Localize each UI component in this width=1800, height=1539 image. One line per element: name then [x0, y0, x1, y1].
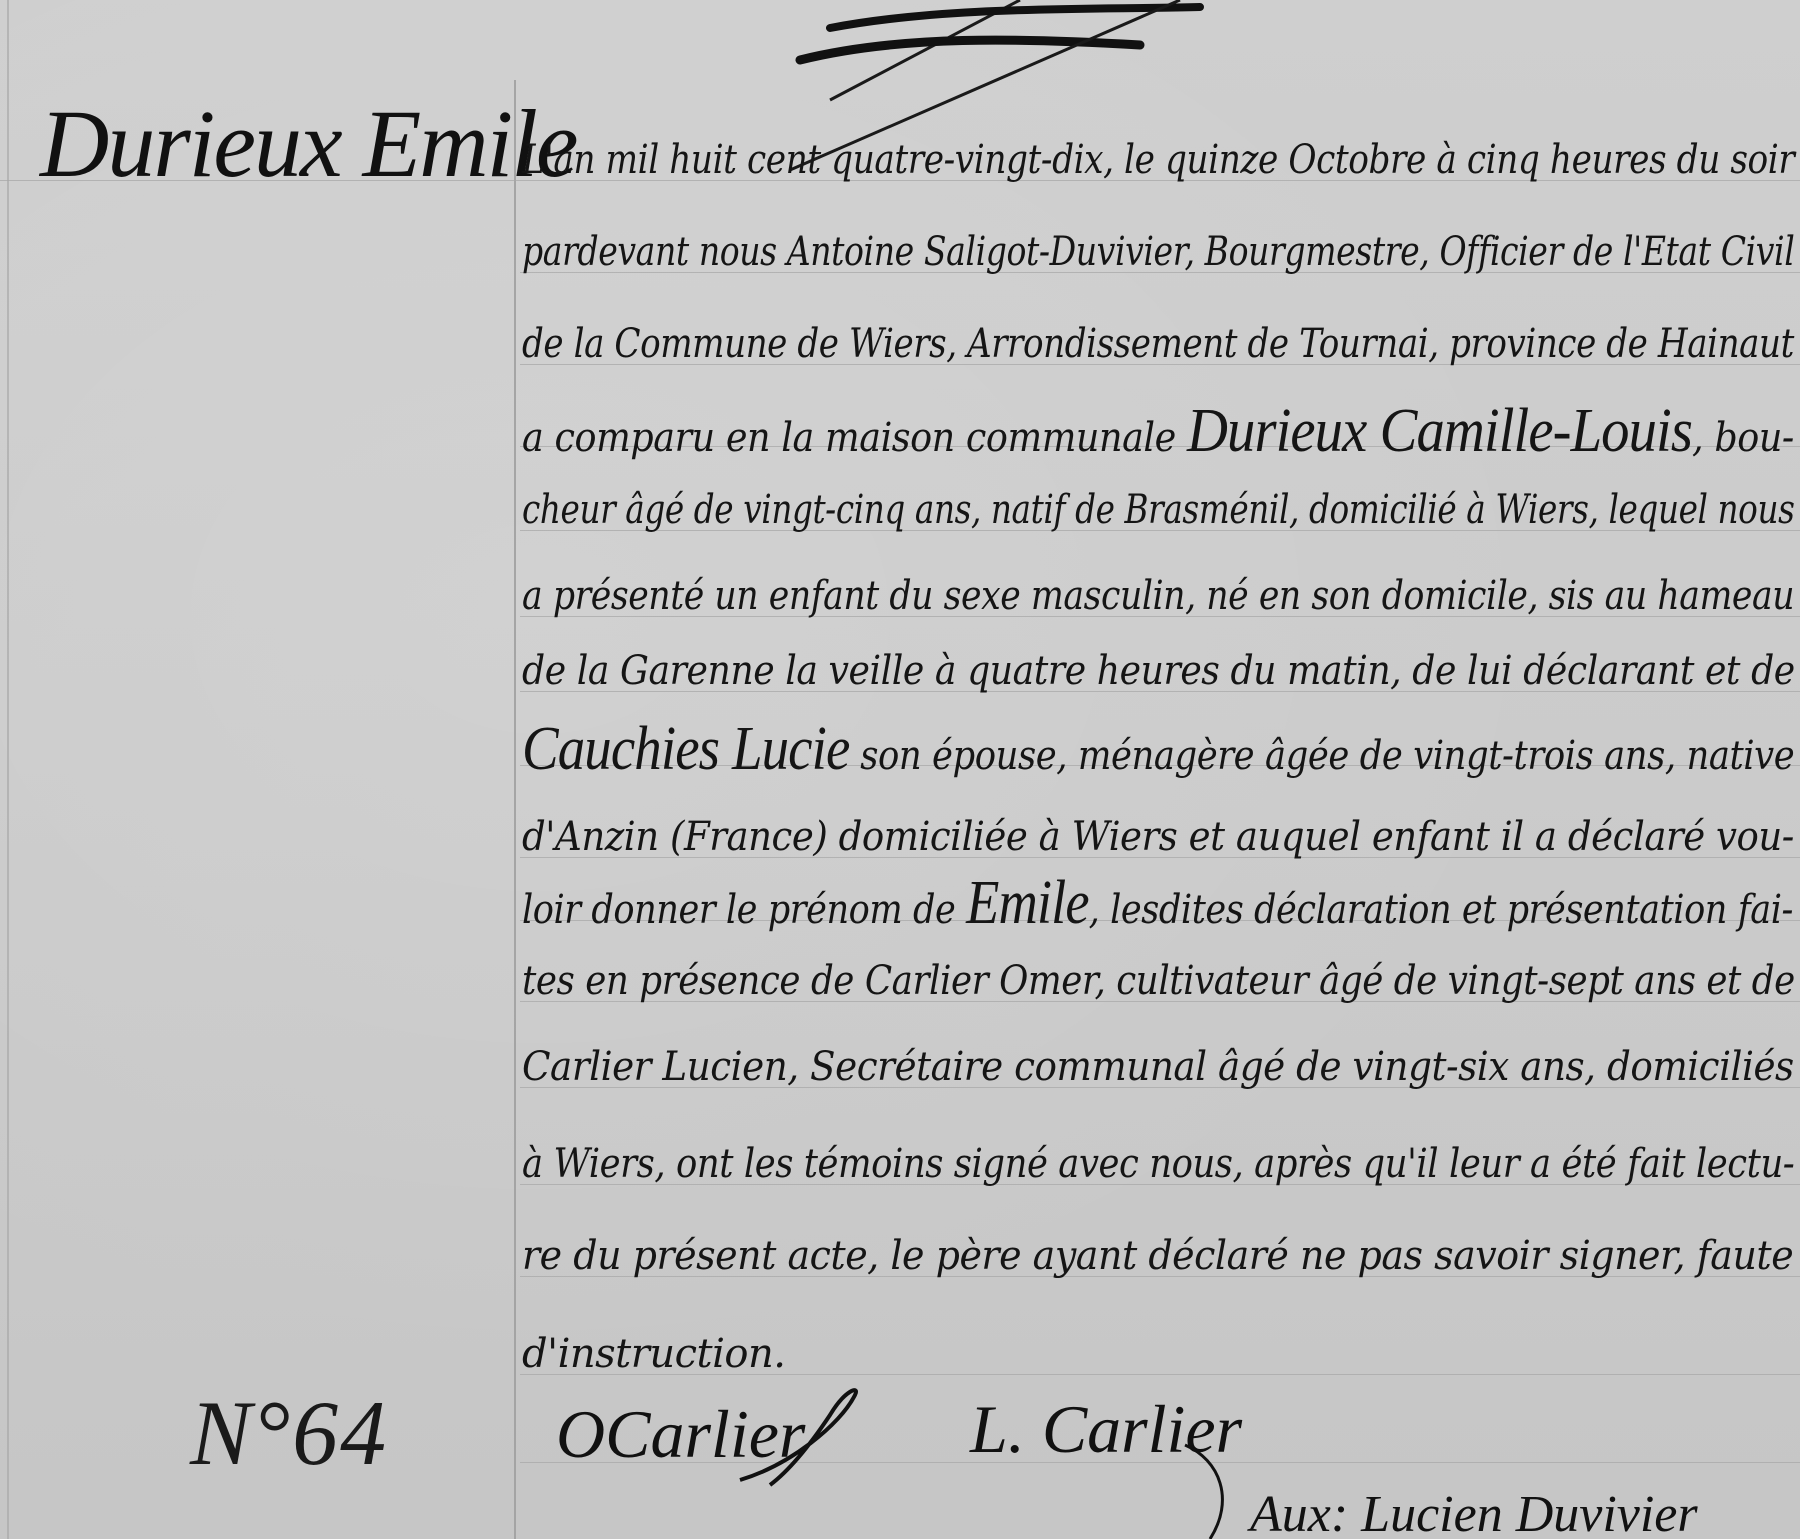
body-line-12: Carlier Lucien, Secrétaire communal âgé … — [522, 1047, 1794, 1087]
body-line-1: L'an mil huit cent quatre-vingt-dix, le … — [522, 140, 1794, 180]
body-line-10: loir donner le prénom de Emile, lesdites… — [522, 872, 1793, 934]
body-line-13: à Wiers, ont les témoins signé avec nous… — [522, 1144, 1794, 1184]
child-given-name: Emile — [966, 869, 1089, 937]
page-edge-line — [7, 0, 9, 1539]
mother-name: Cauchies Lucie — [522, 715, 849, 783]
body-line-4: a comparu en la maison communale Durieux… — [522, 400, 1794, 462]
signature-witness-1: OCarlier — [556, 1395, 805, 1474]
register-page: Durieux Emile L'an mil huit cent quatre-… — [0, 0, 1800, 1539]
body-line-4-text: a comparu en la maison communale — [522, 415, 1176, 461]
margin-name-heading: Durieux Emile — [40, 88, 577, 199]
signature-witness-2: L. Carlier — [970, 1390, 1242, 1469]
father-name: Durieux Camille-Louis — [1187, 397, 1692, 465]
body-line-2: pardevant nous Antoine Saligot-Duvivier,… — [522, 232, 1794, 272]
father-suffix: , bou- — [1692, 415, 1794, 461]
margin-rule — [514, 80, 516, 1539]
body-line-15: d'instruction. — [522, 1334, 785, 1374]
body-line-8: Cauchies Lucie son épouse, ménagère âgée… — [522, 718, 1794, 780]
body-line-6: a présenté un enfant du sexe masculin, n… — [522, 576, 1794, 616]
body-line-10-text: loir donner le prénom de — [522, 887, 955, 933]
record-number: N°64 — [190, 1380, 388, 1486]
body-line-9: d'Anzin (France) domiciliée à Wiers et a… — [522, 817, 1794, 857]
body-line-8-text: son épouse, ménagère âgée de vingt-trois… — [860, 733, 1794, 779]
body-line-14: re du présent acte, le père ayant déclar… — [522, 1236, 1793, 1276]
body-line-3: de la Commune de Wiers, Arrondissement d… — [522, 324, 1794, 364]
body-line-5: cheur âgé de vingt-cinq ans, natif de Br… — [522, 490, 1794, 530]
officer-signature: Aux: Lucien Duvivier — [1250, 1485, 1698, 1539]
body-line-11: tes en présence de Carlier Omer, cultiva… — [522, 961, 1795, 1001]
body-line-7: de la Garenne la veille à quatre heures … — [522, 651, 1795, 691]
child-suffix: , lesdites déclaration et présentation f… — [1089, 887, 1793, 933]
